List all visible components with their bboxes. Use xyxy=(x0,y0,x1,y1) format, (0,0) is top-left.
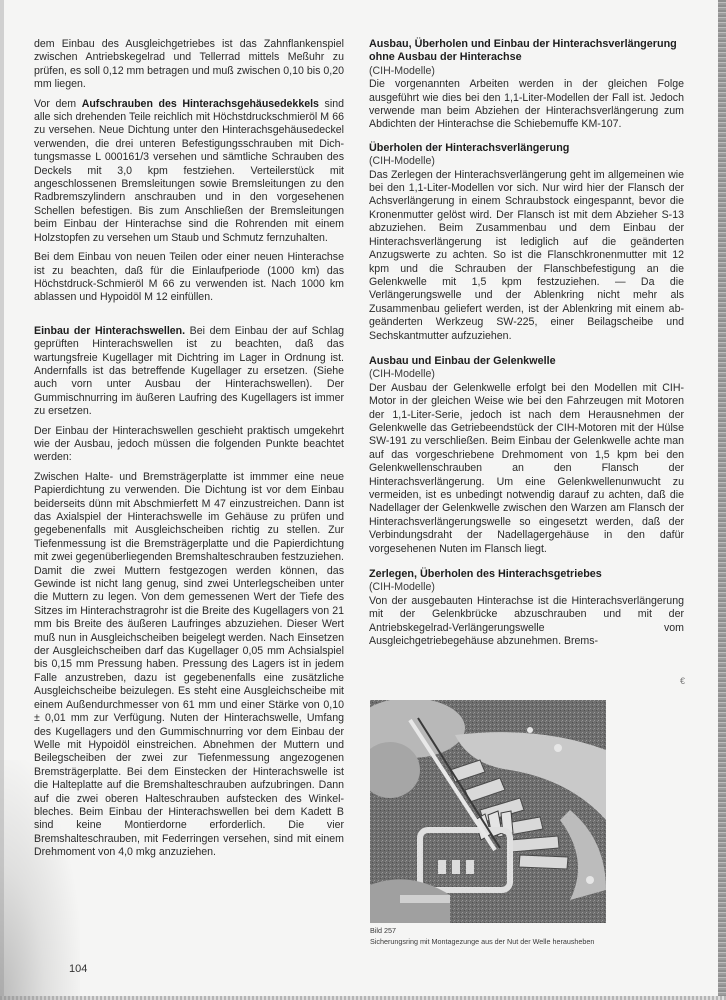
inline-heading-aufschrauben: Aufschrauben des Hinterachsgehäusedek­ke… xyxy=(82,98,319,110)
differential-photo-icon xyxy=(370,700,606,923)
section-body: Der Ausbau der Gelenkwelle erfolgt bei d… xyxy=(369,382,684,556)
figure-caption: Bild 257 Sicherungsring mit Montagezunge… xyxy=(370,925,690,947)
paragraph-einbau-umgekehrt: Der Einbau der Hinterachswellen geschieh… xyxy=(34,425,344,465)
paragraph-einbau-hinterachswellen: Einbau der Hinterachswellen. Bei dem Ein… xyxy=(34,325,344,419)
section-hinterachsverlaengerung-ausbau: Ausbau, Überholen und Einbau der Hintera… xyxy=(369,38,684,132)
section-body: Die vorgenannten Arbeiten werden in der … xyxy=(369,78,684,132)
page-edge-bottom xyxy=(0,996,726,1000)
section-subtitle: (CIH-Modelle) xyxy=(369,65,684,78)
section-heading: Zerlegen, Überholen des Hinterachsgetrie… xyxy=(369,568,684,581)
figure-photo-differential xyxy=(370,700,606,923)
paragraph-einlaufperiode: Bei dem Einbau von neuen Teilen oder ein… xyxy=(34,251,344,305)
section-subtitle: (CIH-Modelle) xyxy=(369,581,684,594)
section-subtitle: (CIH-Modelle) xyxy=(369,368,684,381)
left-column: dem Einbau des Ausgleichgetriebes ist da… xyxy=(34,38,344,866)
paragraph-zahnflankenspiel: dem Einbau des Ausgleichgetriebes ist da… xyxy=(34,38,344,92)
inline-heading-einbau-hinterachswellen: Einbau der Hinterachswellen. xyxy=(34,325,185,337)
section-hinterachsgetriebe: Zerlegen, Überholen des Hinterachsgetrie… xyxy=(369,568,684,648)
section-heading: Ausbau und Einbau der Gelenkwelle xyxy=(369,355,684,368)
manual-page: dem Einbau des Ausgleichgetriebes ist da… xyxy=(0,0,726,1000)
page-number: 104 xyxy=(69,963,87,975)
section-subtitle: (CIH-Modelle) xyxy=(369,155,684,168)
section-heading: Ausbau, Überholen und Einbau der Hintera… xyxy=(369,38,684,65)
stray-mark: € xyxy=(680,676,685,686)
paragraph-einbau-details: Zwischen Halte- und Bremsträgerplatte is… xyxy=(34,471,344,860)
figure-caption-text: Sicherungsring mit Montagezunge aus der … xyxy=(370,936,690,947)
paragraph-gehaeusedeckel: Vor dem Aufschrauben des Hinterachsgehäu… xyxy=(34,98,344,245)
section-hinterachsverlaengerung-ueberholen: Überholen der Hinterachsverlängerung (CI… xyxy=(369,142,684,343)
section-body: Das Zerlegen der Hinterachsverlängerung … xyxy=(369,169,684,343)
figure-label: Bild 257 xyxy=(370,925,690,936)
right-column: Ausbau, Überholen und Einbau der Hintera… xyxy=(369,38,684,654)
page-edge-right xyxy=(718,0,726,1000)
section-body: Von der ausgebauten Hinterachse ist die … xyxy=(369,595,684,649)
section-gelenkwelle: Ausbau und Einbau der Gelenkwelle (CIH-M… xyxy=(369,355,684,556)
section-heading: Überholen der Hinterachsverlängerung xyxy=(369,142,684,155)
